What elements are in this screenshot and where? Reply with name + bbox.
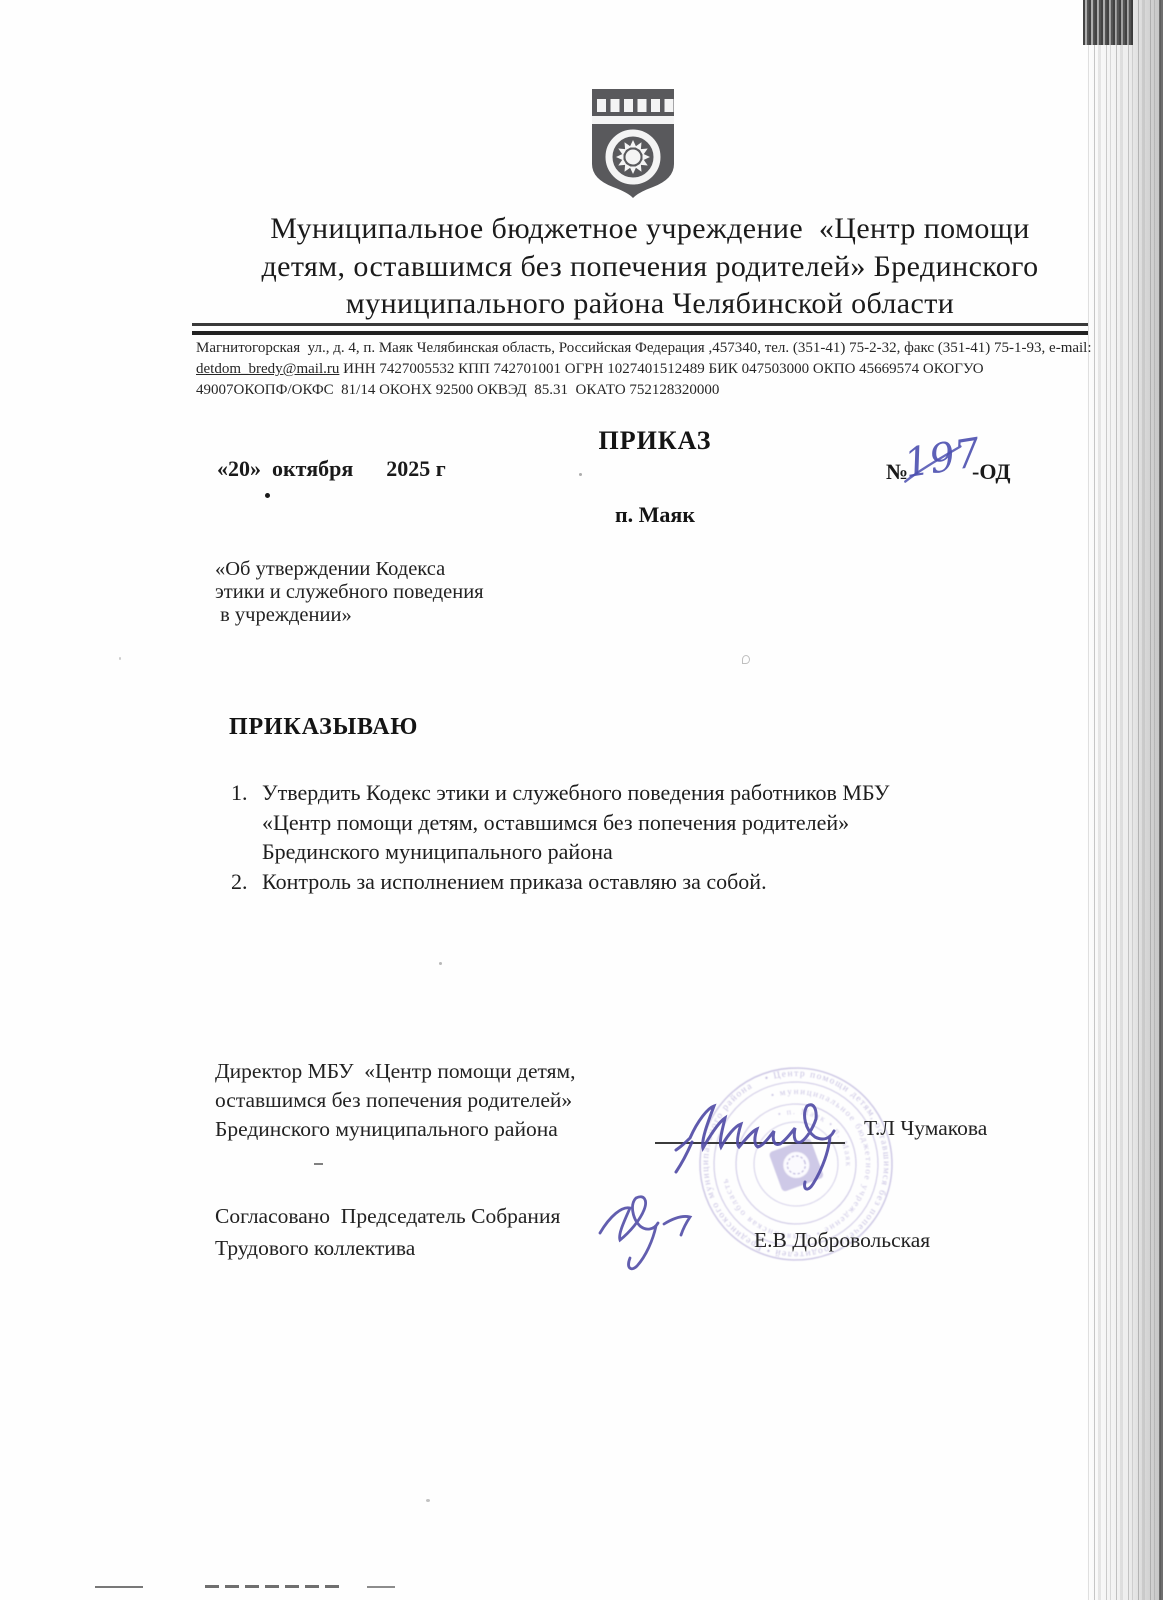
scan-speck [119, 657, 121, 660]
scan-speck [579, 473, 582, 476]
org-name: Муниципальное бюджетное учреждение «Цент… [130, 210, 1163, 323]
agreed-role-line: Трудового коллектива [215, 1232, 560, 1264]
scan-speck [314, 1163, 323, 1165]
requisites-text: ИНН 7427005532 КПП 742701001 ОГРН 102740… [339, 361, 983, 377]
scan-streaks-right [1085, 0, 1163, 1600]
item-number: 2. [231, 867, 262, 897]
subject-line: «Об утверждении Кодекса [215, 558, 484, 581]
item-line: Брединского муниципального района [262, 837, 613, 867]
contact-line-codes: 49007ОКОПФ/ОКФС 81/14 ОКОНХ 92500 ОКВЭД … [196, 380, 1096, 401]
ink-dot [265, 493, 270, 498]
contact-line-requisites: detdom_bredy@mail.ru ИНН 7427005532 КПП … [196, 359, 1096, 380]
order-item: 1.Утвердить Кодекс этики и служебного по… [231, 778, 1031, 808]
scan-streaks-top-right [1083, 0, 1133, 45]
director-role-line: Брединского муниципального района [215, 1115, 576, 1144]
item-number: 1. [231, 778, 262, 808]
handwritten-order-number: 197 [896, 430, 982, 486]
item-line: Утвердить Кодекс этики и служебного пове… [262, 778, 889, 808]
scan-bottom-mark [95, 1586, 143, 1588]
org-name-line: Муниципальное бюджетное учреждение «Цент… [130, 210, 1163, 248]
directive-heading: ПРИКАЗЫВАЮ [229, 714, 418, 741]
subject-line: в учреждении» [215, 604, 484, 627]
header-divider-bottom [192, 331, 1088, 335]
order-place: п. Маяк [190, 502, 1120, 528]
org-name-line: детям, оставшимся без попечения родителе… [130, 248, 1163, 286]
director-name: Т.Л Чумакова [864, 1116, 987, 1141]
agreed-name: Е.В Добровольская [754, 1228, 930, 1253]
agreed-role-line: Согласовано Председатель Собрания [215, 1200, 560, 1232]
scan-bottom-mark [205, 1585, 345, 1588]
order-number-suffix: -ОД [972, 459, 1010, 485]
order-item-line: «Центр помощи детям, оставшимся без попе… [231, 808, 1031, 838]
item-line: Контроль за исполнением приказа оставляю… [262, 867, 767, 897]
header-divider-top [192, 323, 1088, 326]
order-items: 1.Утвердить Кодекс этики и служебного по… [231, 778, 1031, 896]
scanned-order-page: Муниципальное бюджетное учреждение «Цент… [0, 0, 1163, 1600]
director-role-line: оставшимся без попечения родителей» [215, 1086, 576, 1115]
coat-of-arms-icon [585, 86, 681, 199]
org-name-line: муниципального района Челябинской област… [130, 285, 1163, 323]
scan-speck [439, 962, 442, 965]
contact-line-address: Магнитогорская ул., д. 4, п. Маяк Челяби… [196, 338, 1096, 359]
order-item-line: Брединского муниципального района [231, 837, 1031, 867]
scan-speck [426, 1499, 430, 1502]
subject-line: этики и служебного поведения [215, 581, 484, 604]
agreed-signature [588, 1178, 723, 1278]
order-item: 2.Контроль за исполнением приказа оставл… [231, 867, 1031, 897]
item-line: «Центр помощи детям, оставшимся без попе… [262, 808, 849, 838]
director-role: Директор МБУ «Центр помощи детям, оставш… [215, 1057, 576, 1144]
order-subject: «Об утверждении Кодекса этики и служебно… [215, 558, 484, 627]
scan-speck [742, 655, 750, 664]
email-text: detdom_bredy@mail.ru [196, 361, 339, 377]
director-role-line: Директор МБУ «Центр помощи детям, [215, 1057, 576, 1086]
order-date: «20» октября 2025 г [217, 456, 446, 482]
scan-edge-line [1159, 0, 1163, 1600]
scan-bottom-mark [367, 1586, 395, 1588]
agreed-role: Согласовано Председатель Собрания Трудов… [215, 1200, 560, 1264]
org-contacts: Магнитогорская ул., д. 4, п. Маяк Челяби… [196, 338, 1096, 401]
